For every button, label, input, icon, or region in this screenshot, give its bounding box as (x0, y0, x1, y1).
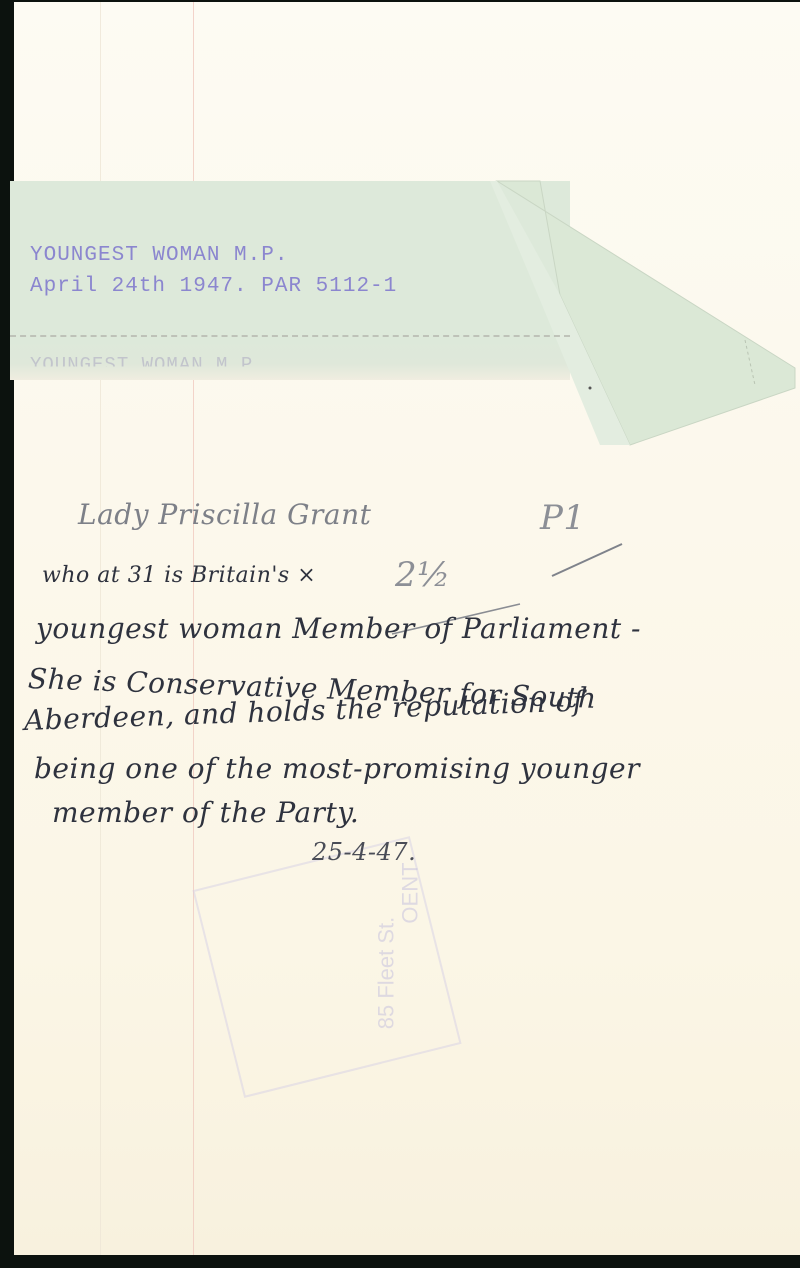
caption-line: who at 31 is Britain's × (42, 563, 316, 588)
perforation-line (10, 335, 570, 337)
pencil-code: P1 (540, 498, 586, 538)
pencil-slash (550, 540, 630, 580)
caption-date: 25-4-47. (312, 838, 416, 866)
caption-line: being one of the most-promising younger (34, 752, 640, 785)
archive-label (10, 181, 570, 365)
caption-line: member of the Party. (52, 796, 359, 829)
caption-line: Lady Priscilla Grant (78, 498, 371, 531)
faded-stamp-text: 85 Fleet St. (373, 917, 399, 1030)
label-title: YOUNGEST WOMAN M.P. (30, 245, 288, 266)
caption-line: youngest woman Member of Parliament - (36, 612, 641, 645)
label-date-ref: April 24th 1947. PAR 5112-1 (30, 276, 397, 297)
pencil-fraction: 2½ (395, 555, 451, 595)
faded-stamp-text: OENT (398, 862, 424, 923)
